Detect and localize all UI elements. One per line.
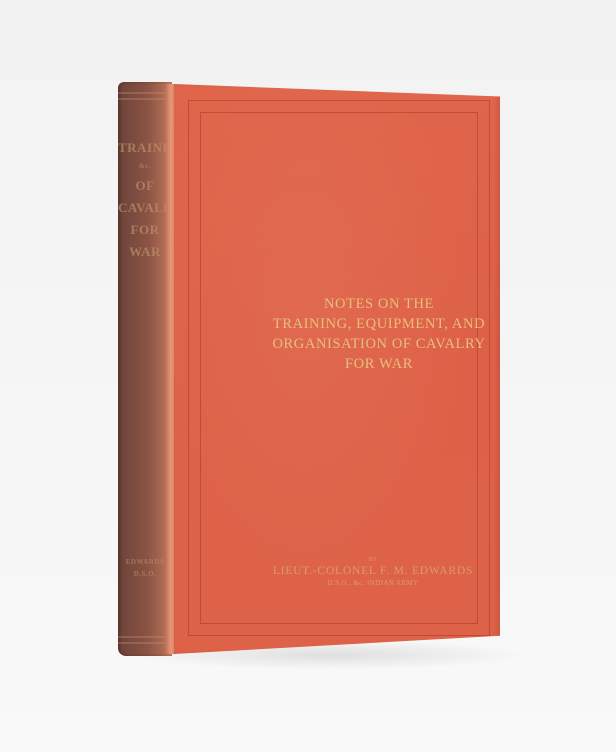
title-line: TRAINING, EQUIPMENT, AND: [248, 314, 510, 334]
book-spine: TRAINING &c. OF CAVALRY FOR WAR EDWARDS …: [118, 82, 172, 656]
book: TRAINING &c. OF CAVALRY FOR WAR EDWARDS …: [0, 0, 616, 752]
spine-author-line: EDWARDS: [118, 558, 172, 566]
spine-title-line: &c.: [118, 162, 172, 170]
spine-title-line: TRAINING: [118, 140, 172, 156]
cover-title: NOTES ON THE TRAINING, EQUIPMENT, AND OR…: [248, 294, 510, 374]
title-line: NOTES ON THE: [248, 294, 510, 314]
author-name: LIEUT.-COLONEL F. M. EDWARDS: [238, 564, 508, 578]
title-line: FOR WAR: [248, 354, 510, 374]
spine-title-line: CAVALRY: [118, 200, 172, 216]
spine-band: [118, 636, 172, 638]
spine-band: [118, 92, 172, 94]
title-line: ORGANISATION OF CAVALRY: [248, 334, 510, 354]
book-front-cover: NOTES ON THE TRAINING, EQUIPMENT, AND OR…: [174, 84, 500, 654]
spine-title-line: FOR: [118, 222, 172, 238]
spine-band: [118, 98, 172, 100]
spine-title-line: OF: [118, 178, 172, 194]
author-credentials: D.S.O., &c. INDIAN ARMY: [238, 578, 508, 588]
by-label: BY: [238, 556, 508, 564]
spine-title-line: WAR: [118, 244, 172, 260]
spine-author-line: D.S.O.: [118, 570, 172, 578]
spine-band: [118, 642, 172, 644]
cover-author: BY LIEUT.-COLONEL F. M. EDWARDS D.S.O., …: [238, 556, 508, 588]
